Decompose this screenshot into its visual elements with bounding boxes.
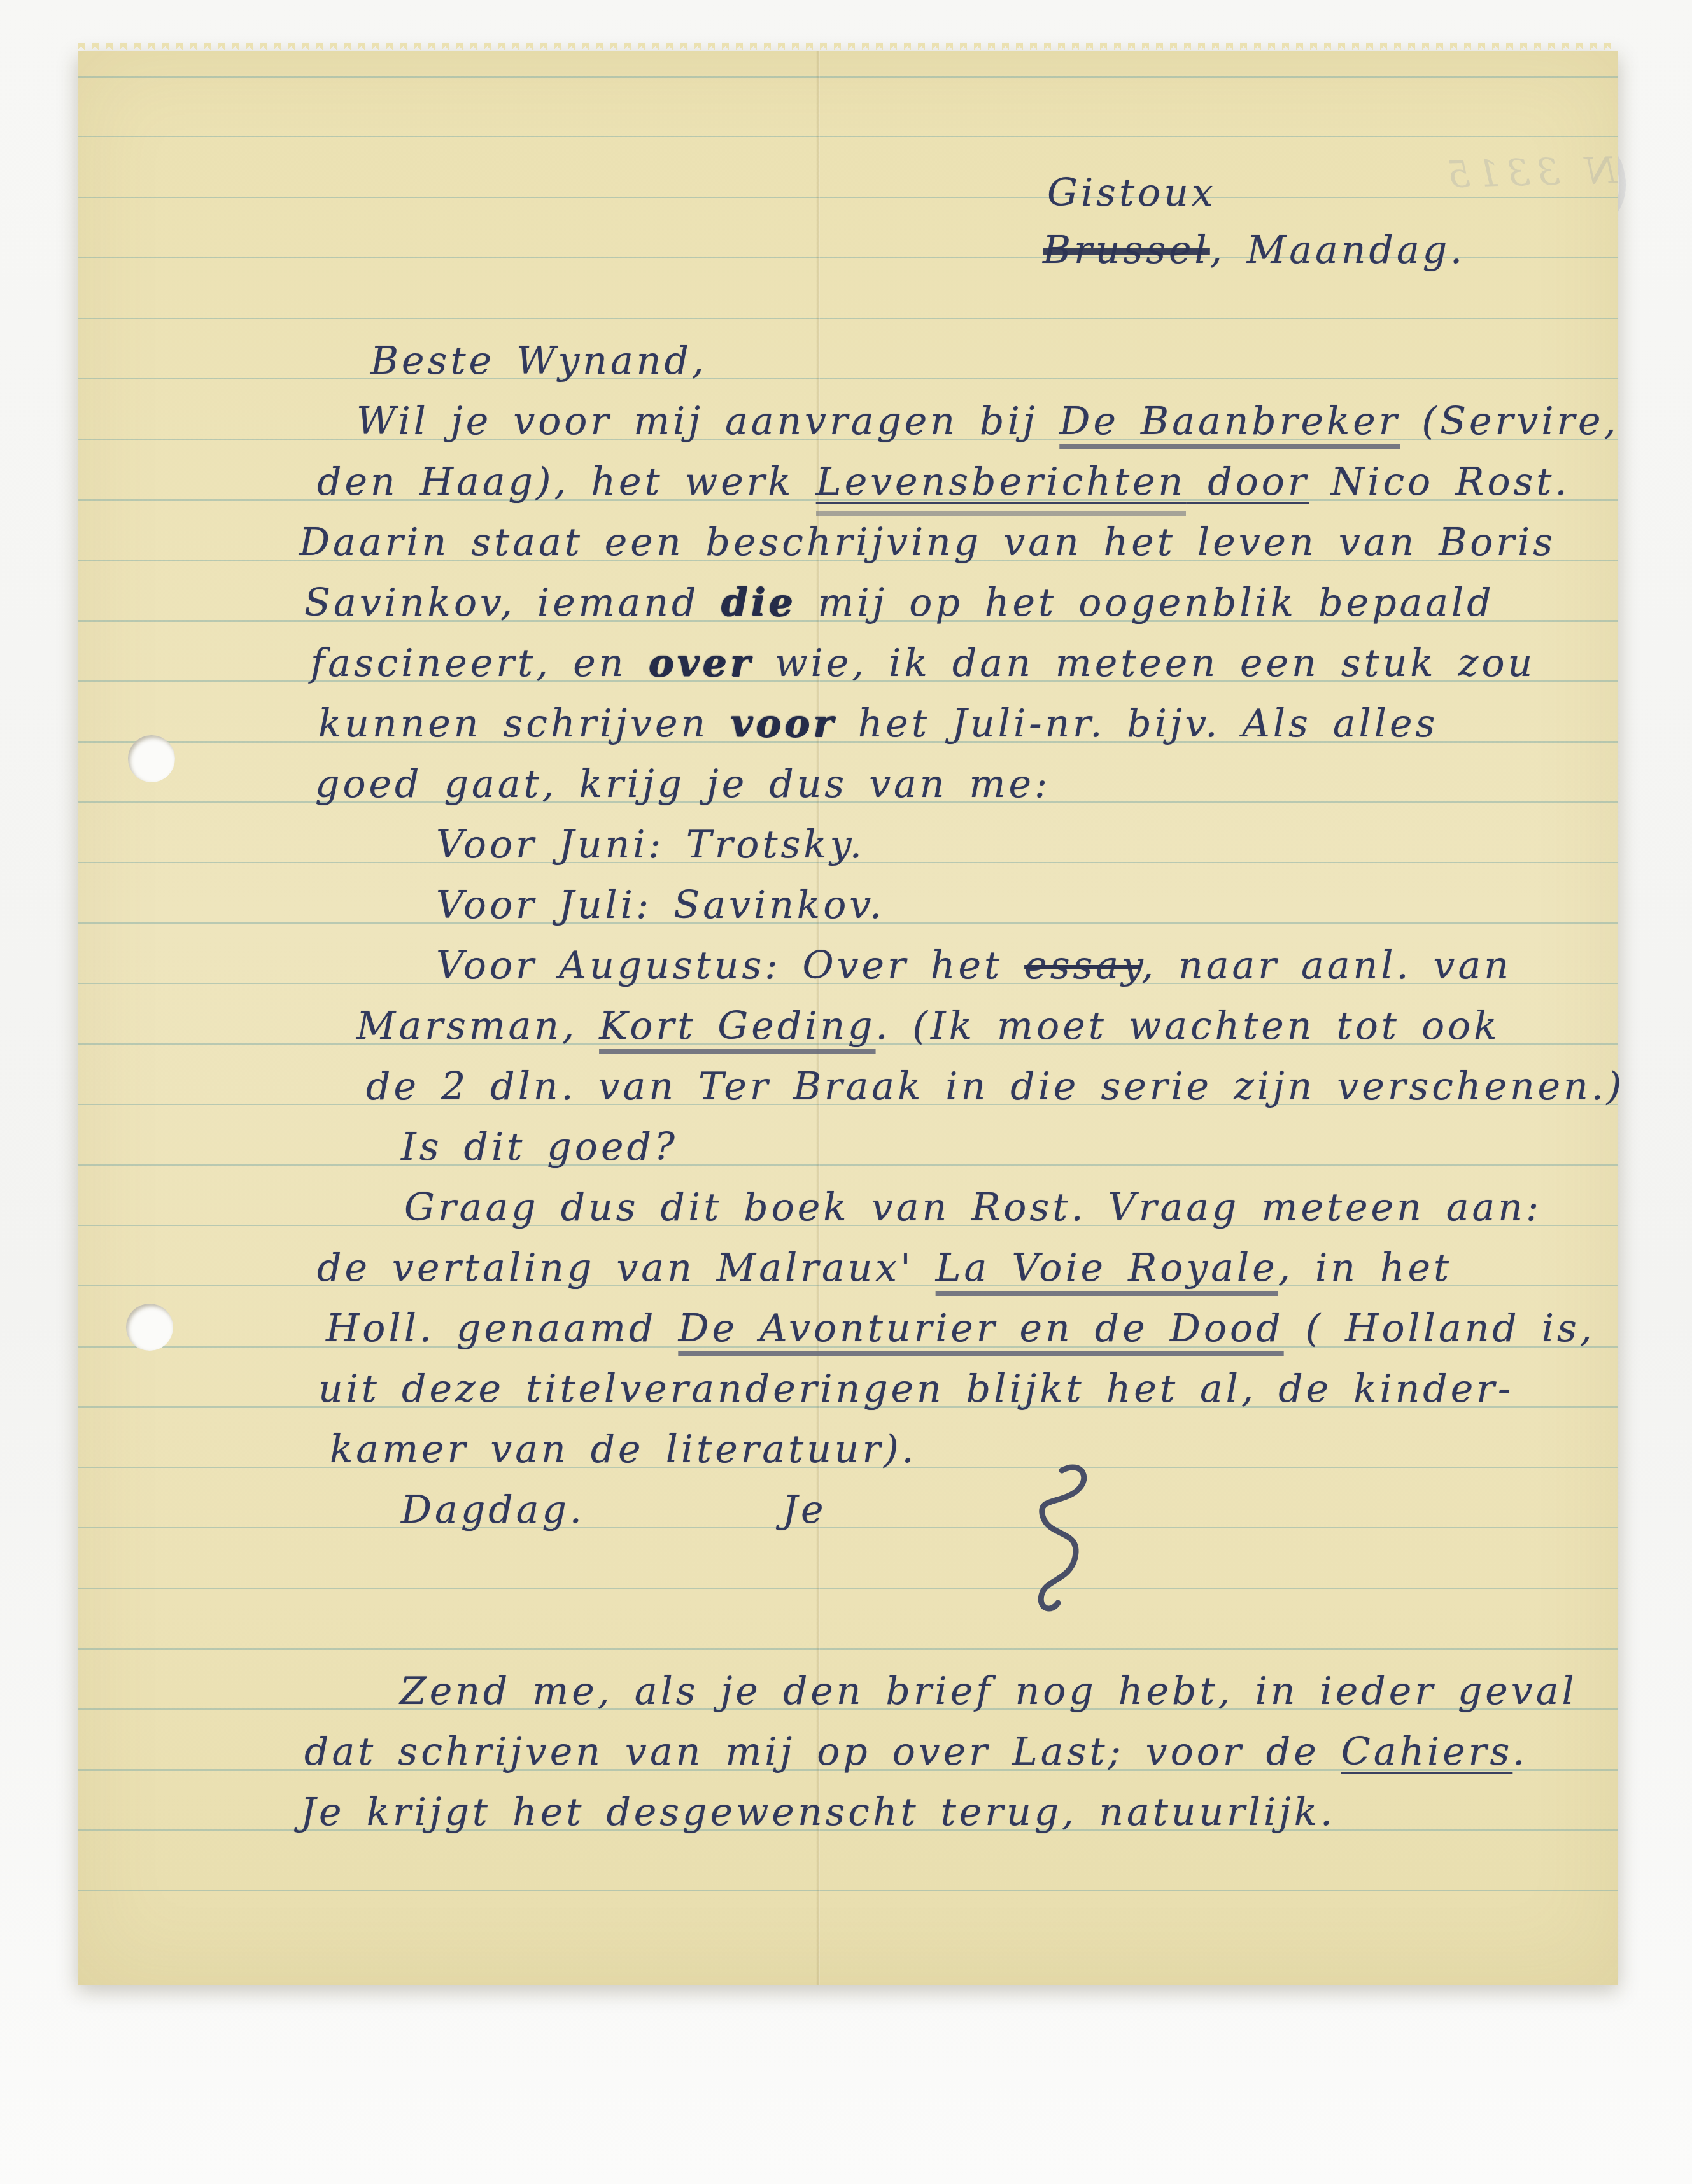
dateline: Brussel, Maandag. xyxy=(1043,228,1465,272)
line-text: Marsman, xyxy=(356,1004,599,1048)
postscript-line-3: Je krijgt het desgewenscht terug, natuur… xyxy=(300,1790,1336,1835)
signature-flourish xyxy=(985,1459,1106,1618)
postscript-line-1: Zend me, als je den brief nog hebt, in i… xyxy=(400,1669,1577,1714)
dateline-place-corrected: Gistoux xyxy=(1047,171,1216,215)
letter-line-17: uit deze titelveranderingen blijkt het a… xyxy=(318,1367,1514,1411)
letter-line-16: Holl. genaamd De Avonturier en de Dood (… xyxy=(326,1306,1595,1351)
dateline-place-struck: Brussel xyxy=(1043,228,1210,272)
letter-line-15: de vertaling van Malraux' La Voie Royale… xyxy=(317,1246,1452,1290)
underlined-title: De Baanbreker xyxy=(1059,399,1400,444)
line-text: Nico Rost. xyxy=(1309,460,1570,504)
letter-line-18: kamer van de literatuur). xyxy=(330,1427,917,1472)
line-text: , in het xyxy=(1278,1246,1452,1290)
line-text: den Haag), het werk xyxy=(317,460,816,504)
torn-perforated-edge xyxy=(78,43,1618,52)
letter-line-13: Is dit goed? xyxy=(401,1125,678,1169)
underlined-title: Cahiers xyxy=(1341,1730,1513,1774)
line-text: , naar aanl. van xyxy=(1141,943,1512,988)
letter-line-14: Graag dus dit boek van Rost. Vraag metee… xyxy=(404,1185,1542,1230)
letter-line-5: fascineert, en over wie, ik dan meteen e… xyxy=(311,641,1535,686)
line-text: kunnen schrijven xyxy=(318,701,730,746)
punch-hole-bottom xyxy=(126,1304,173,1351)
line-text: (Servire, xyxy=(1400,399,1619,444)
line-text: de vertaling van Malraux' xyxy=(317,1246,936,1290)
line-text: Holl. genaamd xyxy=(326,1306,678,1351)
postscript-line-2: dat schrijven van mij op over Last; voor… xyxy=(304,1730,1528,1774)
overwritten-word: over xyxy=(648,641,753,686)
letter-line-12: de 2 dln. van Ter Braak in die serie zij… xyxy=(366,1064,1625,1109)
closing-line: Dagdag.Je xyxy=(401,1488,827,1532)
letter-line-7: goed gaat, krijg je dus van me: xyxy=(315,762,1050,807)
underlined-title: Levensberichten xyxy=(816,460,1186,516)
line-text: Voor Augustus: Over het xyxy=(436,943,1024,988)
line-text: Wil je voor mij aanvragen bij xyxy=(356,399,1059,444)
dateline-date: , Maandag. xyxy=(1210,228,1465,272)
line-text: Savinkov, iemand xyxy=(304,581,721,625)
letter-line-11: Marsman, Kort Geding. (Ik moet wachten t… xyxy=(356,1004,1500,1048)
letter-line-4: Savinkov, iemand die mij op het oogenbli… xyxy=(304,581,1495,625)
letter-line-1: Wil je voor mij aanvragen bij De Baanbre… xyxy=(356,399,1619,444)
closing-word: Dagdag. xyxy=(401,1488,585,1532)
struck-word: essay xyxy=(1024,943,1141,988)
letter-line-2: den Haag), het werk Levensberichten door… xyxy=(317,460,1570,504)
salutation: Beste Wynand, xyxy=(370,339,707,383)
letter-line-8-list-juni: Voor Juni: Trotsky. xyxy=(436,822,865,867)
line-text: wie, ik dan meteen een stuk zou xyxy=(753,641,1535,686)
letter-line-3: Daarin staat een beschrijving van het le… xyxy=(299,520,1556,565)
line-text: . (Ik moet wachten tot ook xyxy=(875,1004,1500,1048)
underlined-word: door xyxy=(1186,460,1309,504)
letter-line-10-list-augustus: Voor Augustus: Over het essay, naar aanl… xyxy=(436,943,1512,988)
underlined-title: De Avonturier en de Dood xyxy=(678,1306,1283,1351)
line-text: mij op het oogenblik bepaald xyxy=(796,581,1494,625)
line-text: fascineert, en xyxy=(311,641,648,686)
punch-hole-top xyxy=(128,735,175,782)
overwritten-word: voor xyxy=(730,701,836,746)
letter-line-9-list-juli: Voor Juli: Savinkov. xyxy=(436,883,885,927)
line-text: . xyxy=(1512,1730,1528,1774)
line-text: dat schrijven van mij op over Last; voor… xyxy=(304,1730,1341,1774)
overwritten-word: die xyxy=(721,581,796,625)
closing-signoff: Je xyxy=(782,1488,827,1532)
underlined-title: Kort Geding xyxy=(599,1004,875,1048)
line-text: ( Holland is, xyxy=(1284,1306,1595,1351)
ink-bleedthrough-text: N 3315 xyxy=(1387,148,1618,197)
scanned-letter-page: N 3315 Gistoux Brussel, Maandag. Beste W… xyxy=(0,0,1692,2184)
letter-line-6: kunnen schrijven voor het Juli-nr. bijv.… xyxy=(318,701,1438,746)
underlined-title: La Voie Royale xyxy=(936,1246,1278,1290)
line-text: het Juli-nr. bijv. Als alles xyxy=(836,701,1439,746)
ruled-lines xyxy=(78,76,1618,1919)
